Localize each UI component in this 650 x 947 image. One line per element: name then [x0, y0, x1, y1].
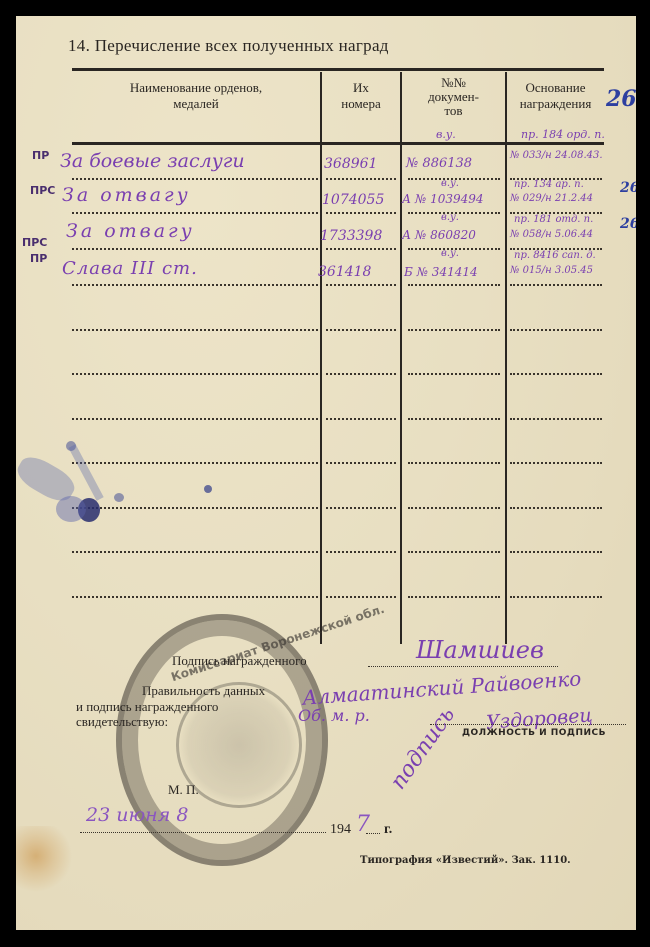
award-name: За боевые заслуги — [60, 150, 245, 172]
award-number: 1074055 — [322, 192, 384, 208]
header-award-name-line2: медалей — [72, 96, 320, 112]
row-line — [326, 551, 396, 553]
row-line — [408, 551, 500, 553]
certify-text-line3: свидетельствую: — [76, 714, 168, 730]
row-line — [510, 284, 602, 286]
row-line — [408, 507, 500, 509]
document-number: А № 1039494 — [402, 192, 484, 206]
award-basis: № 058/н 5.06.44 — [510, 229, 593, 240]
column-divider-2 — [400, 72, 402, 644]
award-basis: № 029/н 21.2.44 — [510, 193, 593, 204]
header-award-numbers-line1: Их — [322, 80, 400, 96]
row-line — [72, 329, 318, 331]
date-year-unit: г. — [384, 822, 392, 838]
doc-type-note: в.у. — [441, 178, 459, 189]
row-line — [510, 596, 602, 598]
doc-type-note: в.у. — [441, 248, 459, 259]
award-basis: № 015/н 3.05.45 — [510, 265, 593, 276]
row-line — [510, 418, 602, 420]
award-name: За отвагу — [66, 220, 195, 242]
row-line — [408, 373, 500, 375]
header-award-name: Наименование орденов, медалей — [72, 80, 320, 112]
award-basis: № 033/н 24.08.43. — [510, 150, 603, 161]
ink-blot — [204, 485, 212, 493]
row-line — [72, 178, 318, 180]
row-line — [408, 418, 500, 420]
row-line — [72, 418, 318, 420]
header-award-basis-line1: Основание — [507, 80, 604, 96]
basis-note: пр. 181 отд. п. — [514, 214, 593, 225]
award-name: За отвагу — [62, 184, 191, 206]
row-line — [326, 284, 396, 286]
row-line — [72, 462, 318, 464]
row-stamp: ПРС — [22, 236, 47, 249]
header-award-basis-line2: награждения — [507, 96, 604, 112]
certify-text-line2: и подпись награжденного — [76, 699, 218, 715]
row-line — [510, 373, 602, 375]
row-line — [72, 551, 318, 553]
award-number: 368961 — [324, 156, 377, 172]
official-signature: подпись — [386, 703, 460, 794]
official-rank-handwriting: Об. м. р. — [298, 706, 370, 725]
row-line — [510, 329, 602, 331]
doc-type-note: в.у. — [441, 212, 459, 223]
recipient-signature-line — [368, 666, 558, 667]
header-document-numbers: №№ докумен- тов — [402, 76, 505, 118]
award-name: Слава III ст. — [62, 258, 198, 279]
award-number: 1733398 — [320, 228, 382, 244]
margin-mark: 26 — [620, 180, 636, 196]
ink-smear — [68, 444, 103, 501]
row-line — [72, 373, 318, 375]
row-line — [408, 462, 500, 464]
row-line — [72, 596, 318, 598]
recipient-signature-label: Подпись награжденного — [172, 653, 307, 669]
table-top-rule — [72, 68, 604, 71]
header-basis-note: пр. 184 орд. п. — [521, 128, 605, 141]
date-year-prefix: 194 — [330, 822, 351, 838]
official-district-handwriting: Алмаатинский Райвоенко — [302, 666, 583, 709]
header-document-numbers-line3: тов — [402, 104, 505, 118]
row-line — [408, 329, 500, 331]
table-header-rule — [72, 142, 604, 145]
row-line — [326, 212, 396, 214]
row-stamp: ПР — [32, 149, 49, 162]
row-line — [326, 178, 396, 180]
basis-note: пр. 134 ар. п. — [514, 179, 584, 190]
header-doc-type-note: в.у. — [436, 128, 456, 141]
row-stamp: ПР — [30, 252, 47, 265]
header-document-numbers-line2: докумен- — [402, 90, 505, 104]
row-line — [72, 507, 318, 509]
row-line — [326, 418, 396, 420]
document-number: Б № 341414 — [404, 265, 478, 279]
award-number: 361418 — [318, 264, 371, 280]
row-line — [72, 284, 318, 286]
official-signature-line — [430, 724, 626, 725]
row-line — [326, 329, 396, 331]
row-stamp: ПРС — [30, 184, 55, 197]
row-line — [326, 462, 396, 464]
row-line — [408, 284, 500, 286]
header-award-name-line1: Наименование орденов, — [72, 80, 320, 96]
row-line — [326, 596, 396, 598]
seal-place-label: М. П. — [168, 782, 199, 798]
row-line — [326, 507, 396, 509]
certify-text-line1: Правильность данных — [142, 683, 265, 699]
header-award-numbers: Их номера — [322, 80, 400, 112]
position-caption: должность и подпись — [462, 728, 606, 738]
row-line — [510, 507, 602, 509]
row-line — [510, 462, 602, 464]
date-year-line — [366, 833, 380, 834]
basis-note: пр. 8416 сап. д. — [514, 250, 596, 261]
margin-mark: 26 — [620, 216, 636, 232]
margin-mark-header: 26 — [606, 86, 636, 112]
header-award-basis: Основание награждения — [507, 80, 604, 112]
row-line — [72, 212, 318, 214]
column-divider-1 — [320, 72, 322, 644]
document-number: № 886138 — [406, 156, 472, 171]
column-divider-3 — [505, 72, 507, 644]
row-line — [326, 248, 396, 250]
row-line — [326, 373, 396, 375]
recipient-signature: Шамшиев — [416, 636, 544, 664]
printer-imprint: Типография «Известий». Зак. 1110. — [360, 855, 571, 866]
row-line — [72, 248, 318, 250]
header-document-numbers-line1: №№ — [402, 76, 505, 90]
date-handwritten: 23 июня 8 — [86, 804, 188, 826]
row-line — [408, 596, 500, 598]
date-line — [80, 832, 326, 833]
ink-blot — [56, 496, 86, 522]
ink-blot — [114, 493, 124, 502]
header-award-numbers-line2: номера — [322, 96, 400, 112]
award-record-page: 14. Перечисление всех полученных наград … — [16, 16, 636, 930]
document-number: А № 860820 — [402, 228, 476, 242]
row-line — [510, 551, 602, 553]
section-title: 14. Перечисление всех полученных наград — [68, 36, 389, 56]
